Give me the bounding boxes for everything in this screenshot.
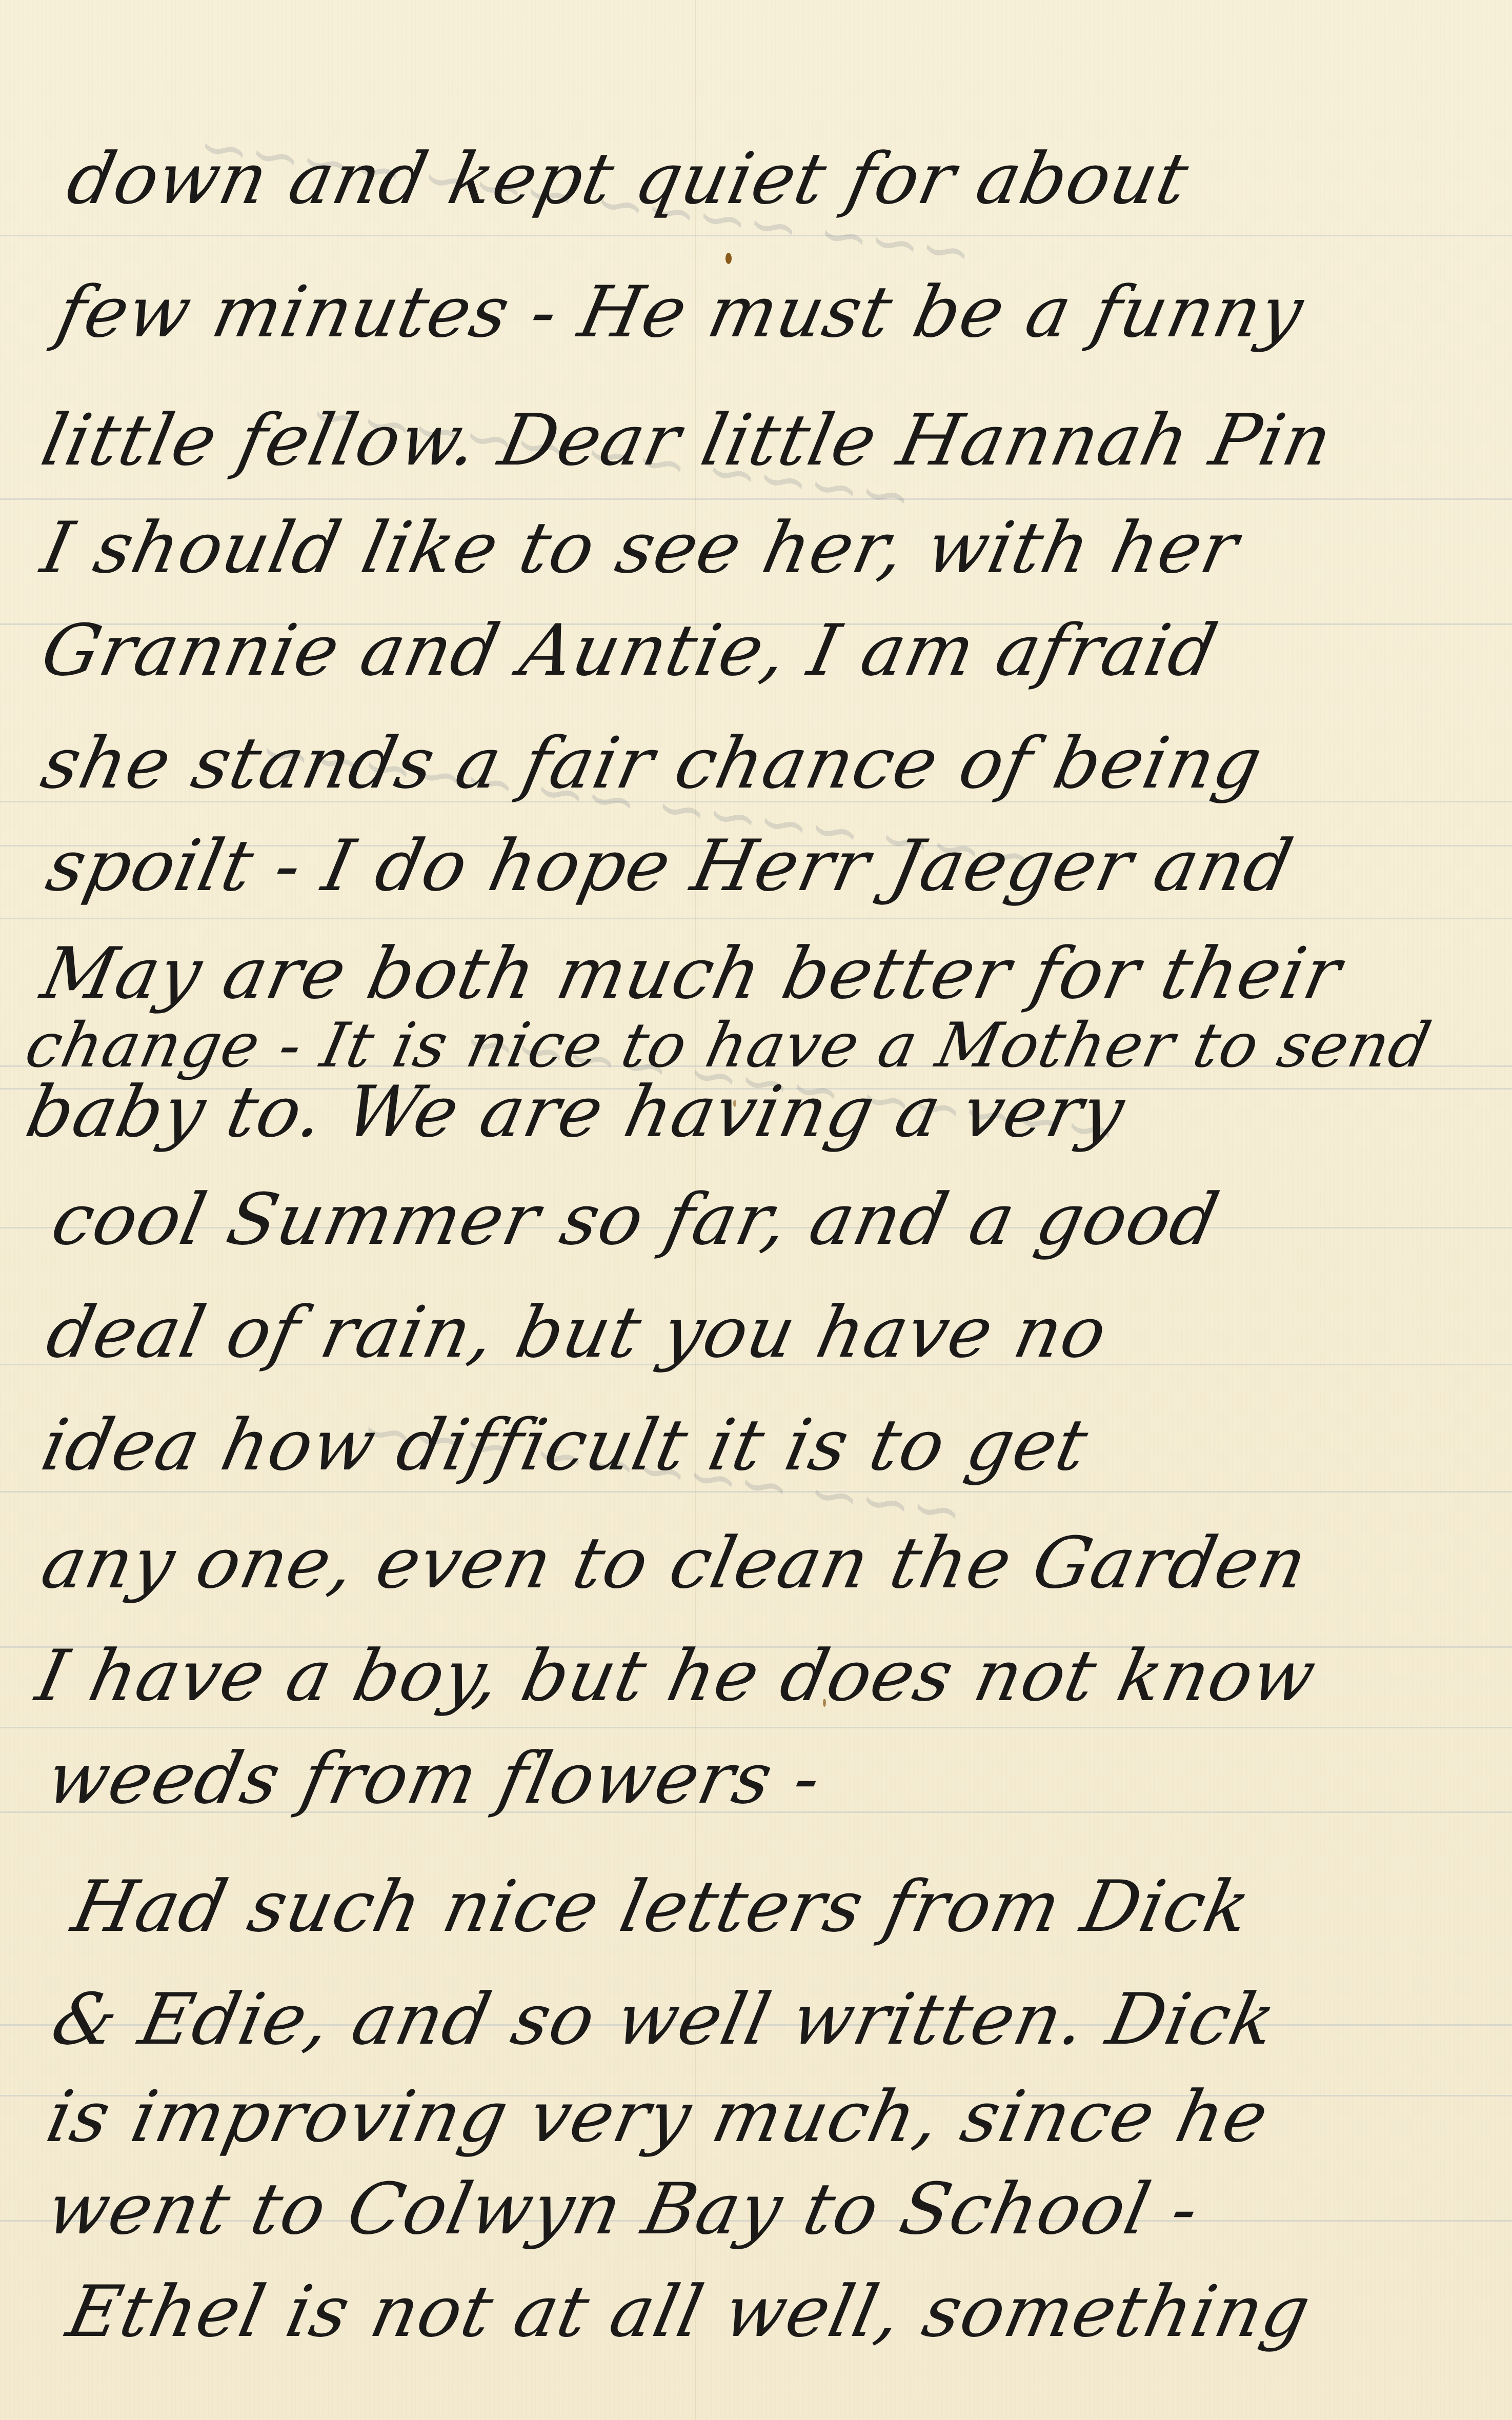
ruled-line	[0, 498, 1512, 500]
letter-line-2: few minutes - He must be a funny	[51, 277, 1310, 348]
letter-line-5: Grannie and Auntie, I am afraid	[36, 615, 1223, 686]
letter-line-14: any one, even to clean the Garden	[36, 1528, 1313, 1599]
letter-line-21: Ethel is not at all well, something	[62, 2276, 1317, 2347]
letter-line-8: May are both much better for their	[36, 938, 1347, 1009]
letter-line-9: change - It is nice to have a Mother to …	[21, 1015, 1437, 1077]
letter-line-19: is improving very much, since he	[41, 2082, 1275, 2152]
letter-line-11: cool Summer so far, and a good	[46, 1184, 1225, 1255]
ruled-line	[0, 1727, 1512, 1728]
letter-page: ~~~ ~~~~ ~~~ ~~~~ ~~~~ ~~ ~~~~~ ~~~ ~~~~…	[0, 0, 1512, 2420]
letter-line-13: idea how difficult it is to get	[36, 1410, 1094, 1481]
letter-line-15: I have a boy, but he does not know	[31, 1641, 1322, 1711]
letter-line-1: down and kept quiet for about	[62, 144, 1195, 214]
ruled-line	[0, 235, 1512, 236]
ruled-line	[0, 1491, 1512, 1493]
letter-line-18: & Edie, and so well written. Dick	[46, 1984, 1282, 2055]
letter-line-6: she stands a fair chance of being	[36, 728, 1268, 799]
ruled-line	[0, 918, 1512, 919]
letter-line-10: baby to. We are having a very	[21, 1077, 1131, 1147]
ink-spot	[725, 253, 732, 264]
letter-line-12: deal of rain, but you have no	[41, 1297, 1114, 1368]
letter-line-4: I should like to see her, with her	[36, 513, 1245, 583]
letter-line-3: little fellow. Dear little Hannah Pin	[36, 405, 1338, 476]
letter-line-7: spoilt - I do hope Herr Jaeger and	[41, 831, 1299, 901]
letter-line-17: Had such nice letters from Dick	[67, 1871, 1257, 1942]
letter-line-20: went to Colwyn Bay to School -	[41, 2174, 1205, 2245]
letter-line-16: weeds from flowers -	[41, 1743, 828, 1814]
